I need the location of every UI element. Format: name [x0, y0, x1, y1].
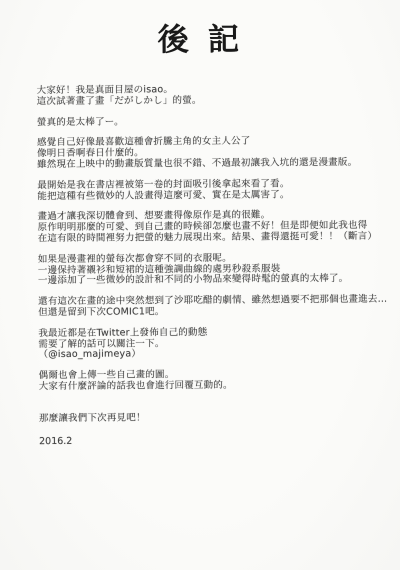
text-line: 大家有什麼評論的話我也會進行回覆互動的。: [39, 380, 387, 393]
text-line: （@isao_majimeya）: [38, 348, 386, 361]
paragraph: 最開始是我在書店裡被第一卷的封面吸引後拿起來看了看。能把這種有些微妙的人設畫得這…: [37, 178, 385, 202]
paragraph: 如果是漫畫裡的螢每次都會穿不同的衣服呢。一邊保持著襯衫和短裙的這種強調曲線的處男…: [38, 252, 386, 287]
text-line: 螢真的是太棒了ー。: [37, 115, 385, 128]
paragraph: 大家好！我是真面目屋のisao。這次試著畫了畫「だがしかし」的螢。: [37, 84, 385, 108]
text-line: 那麼讓我們下次再見吧！: [39, 411, 387, 424]
afterword-body: 大家好！我是真面目屋のisao。這次試著畫了畫「だがしかし」的螢。螢真的是太棒了…: [37, 84, 387, 425]
text-line: 一邊添加了一些微妙的設計和不同的小物品來變得時髦的螢真的太棒了。: [38, 274, 386, 287]
paragraph: 螢真的是太棒了ー。: [37, 115, 385, 128]
text-line: 這次試著畫了畫「だがしかし」的螢。: [37, 95, 385, 108]
afterword-page: 後記 大家好！我是真面目屋のisao。這次試著畫了畫「だがしかし」的螢。螢真的是…: [0, 0, 400, 570]
text-line: 能把這種有些微妙的人設畫得這麼可愛、實在是太厲害了。: [37, 189, 385, 202]
date-text: 2016.2: [39, 434, 400, 447]
scanned-page-content: 後記 大家好！我是真面目屋のisao。這次試著畫了畫「だがしかし」的螢。螢真的是…: [0, 0, 400, 570]
paragraph: 我最近都是在Twitter上發佈自己的動態需要了解的話可以關注一下。（@isao…: [38, 326, 386, 361]
page-title: 後記: [0, 13, 398, 61]
text-line: 在這有限的時間裡努力把螢的魅力展現出來。結果、畫得還挺可愛！！（斷言）: [38, 232, 386, 245]
paragraph: 感覺自己好像最喜歡這種會折騰主角的女主人公了像明日香啊春日什麼的。雖然現在上映中…: [37, 136, 385, 171]
paragraph: 偶爾也會上傳一些自己畫的圖。大家有什麼評論的話我也會進行回覆互動的。: [39, 369, 387, 393]
paragraph: 畫過才讓我深切體會到、想要畫得像原作是真的很難。原作明明那麼的可愛、到自己畫的時…: [37, 210, 385, 245]
text-line: 雖然現在上映中的動畫版質量也很不錯、不過最初讓我入坑的還是漫畫版。: [37, 158, 385, 171]
paragraph: 那麼讓我們下次再見吧！: [39, 411, 387, 424]
text-line: 但還是留到下次COMIC1吧。: [38, 306, 386, 319]
paragraph: 還有這次在畫的途中突然想到了沙耶吃醋的劇情、雖然想過要不把那個也畫進去…但還是留…: [38, 295, 386, 319]
